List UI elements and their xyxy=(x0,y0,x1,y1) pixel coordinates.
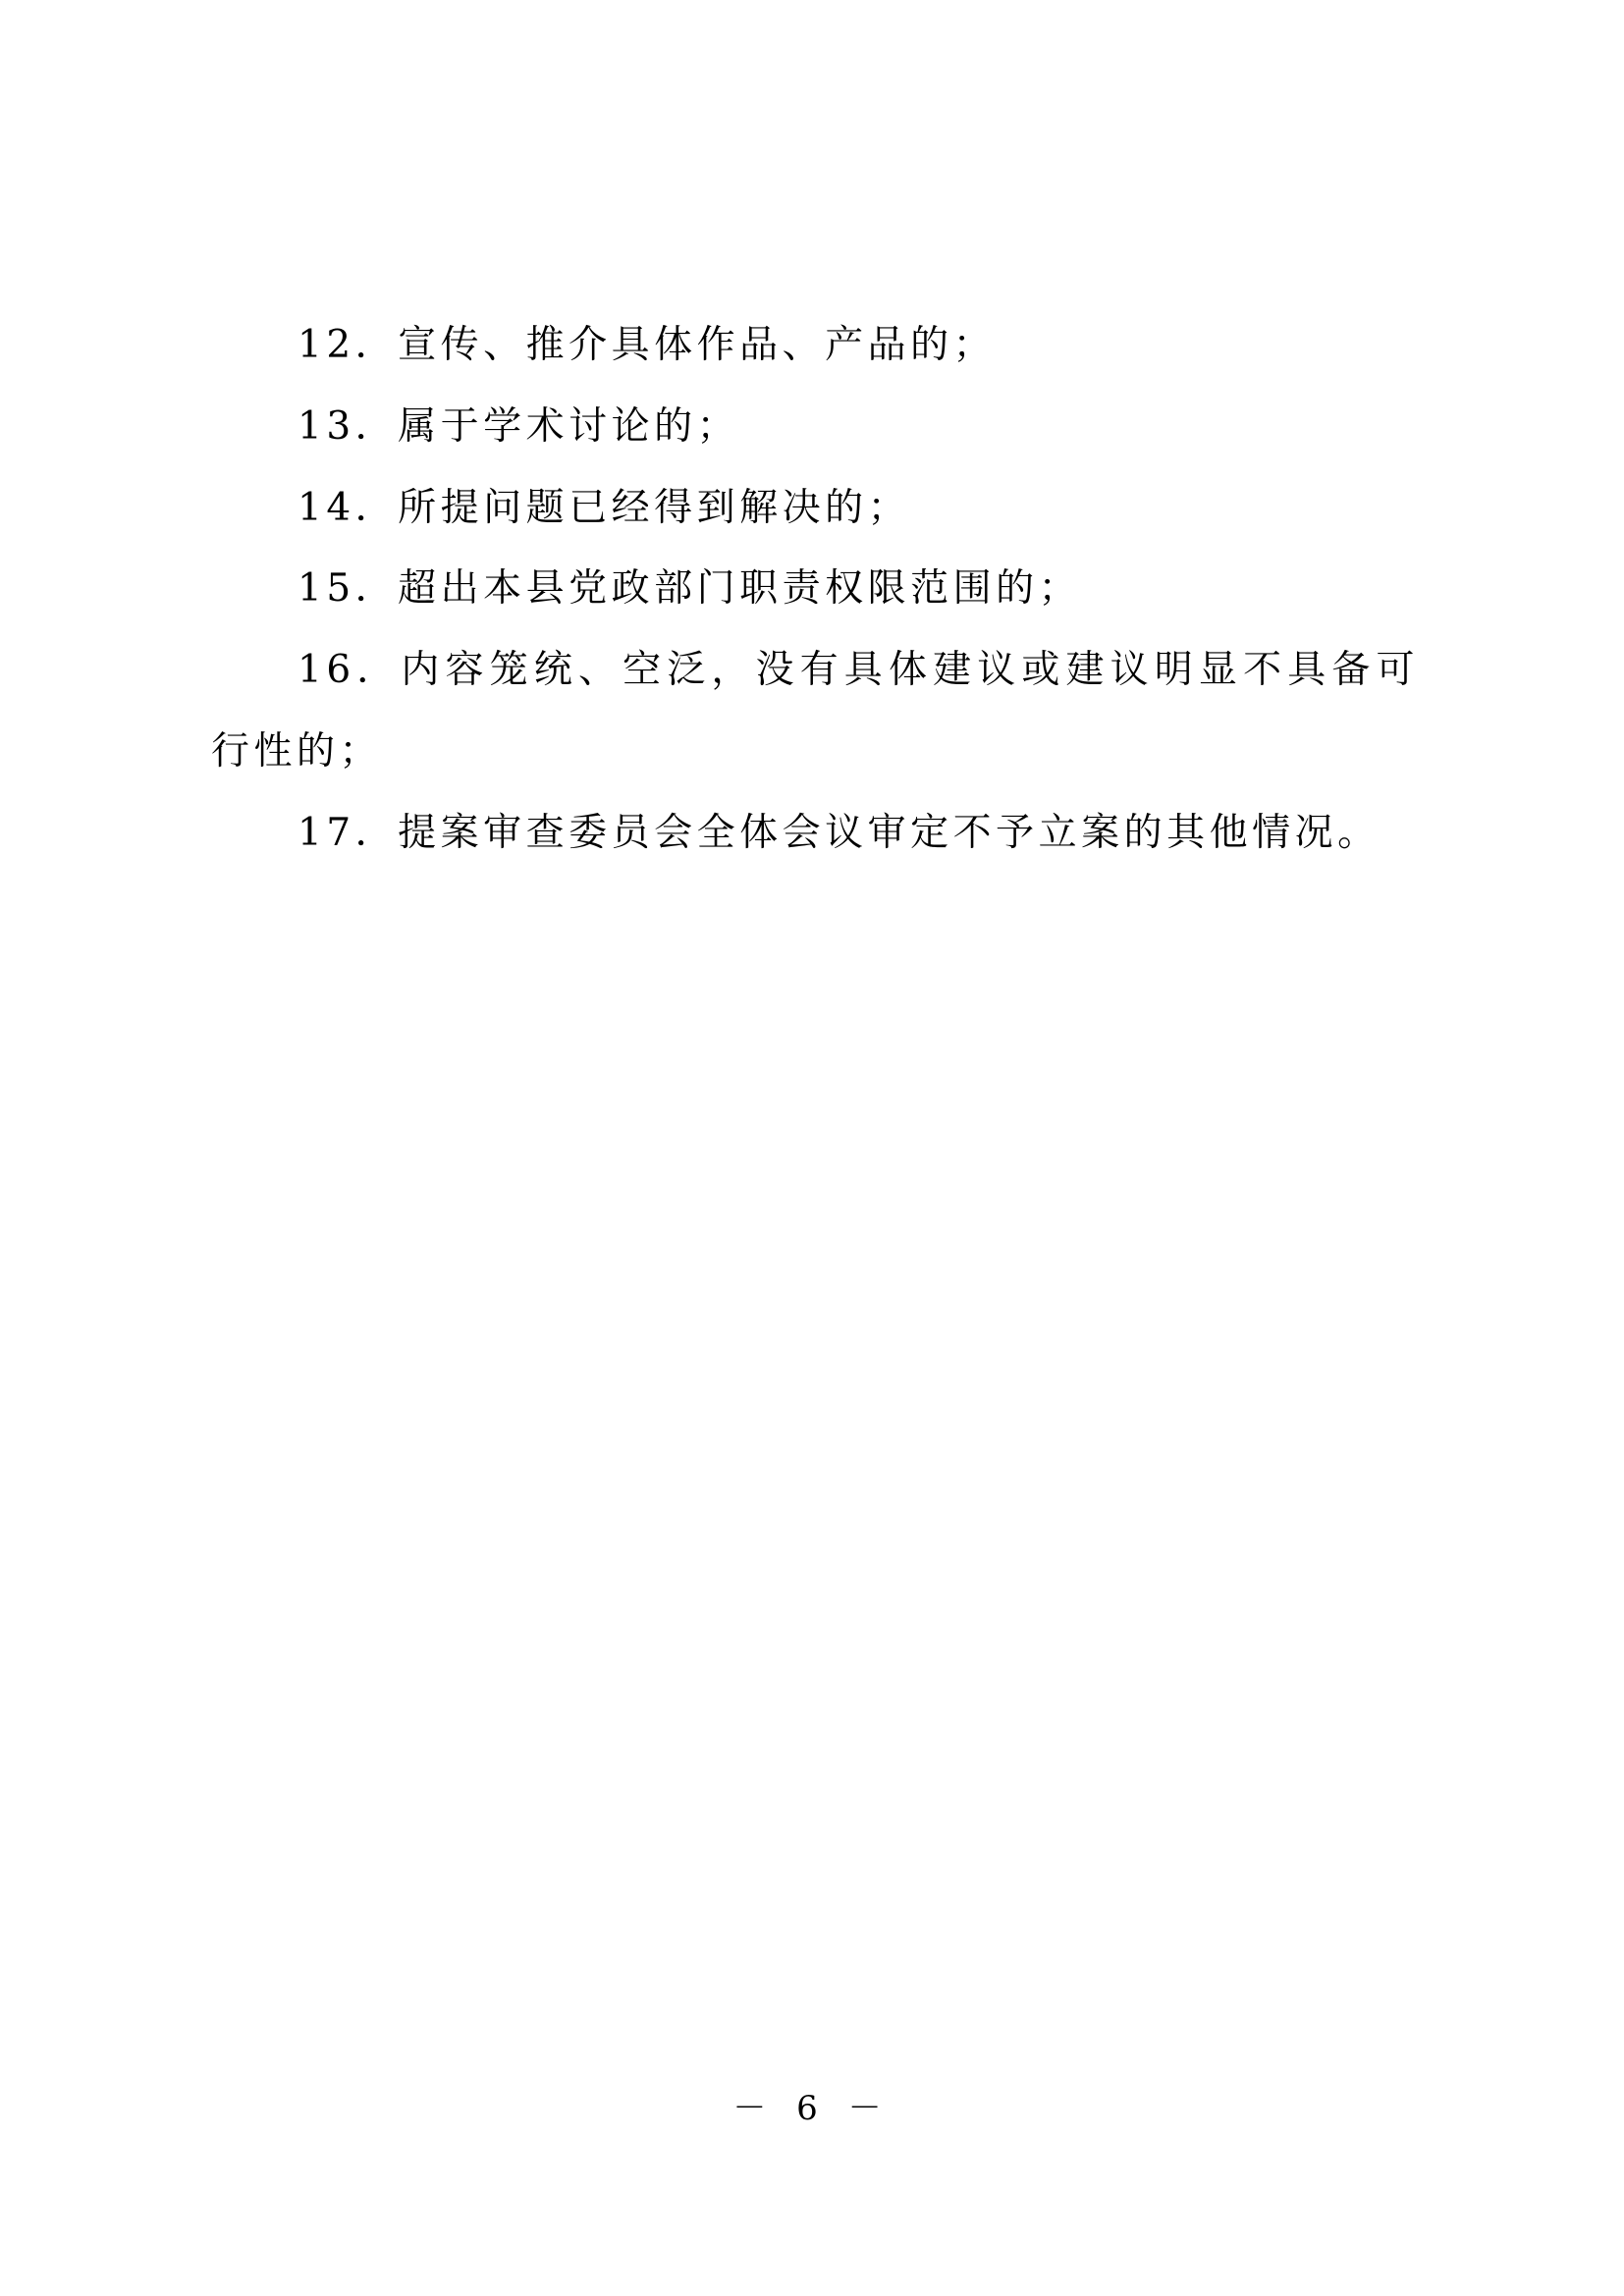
list-item-17: 17．提案审查委员会全体会议审定不予立案的其他情况。 xyxy=(211,793,1419,875)
list-item-13: 13．属于学术讨论的； xyxy=(211,387,1419,468)
document-body: 12．宣传、推介具体作品、产品的； 13．属于学术讨论的； 14．所提问题已经得… xyxy=(211,305,1419,875)
page-number: － 6 － xyxy=(0,2085,1624,2132)
list-item-12: 12．宣传、推介具体作品、产品的； xyxy=(211,305,1419,387)
document-page: 12．宣传、推介具体作品、产品的； 13．属于学术讨论的； 14．所提问题已经得… xyxy=(0,0,1624,2296)
list-item-14: 14．所提问题已经得到解决的； xyxy=(211,468,1419,550)
list-item-16: 16．内容笼统、空泛，没有具体建议或建议明显不具备可行性的； xyxy=(211,630,1419,793)
list-item-15: 15．超出本县党政部门职责权限范围的； xyxy=(211,549,1419,630)
